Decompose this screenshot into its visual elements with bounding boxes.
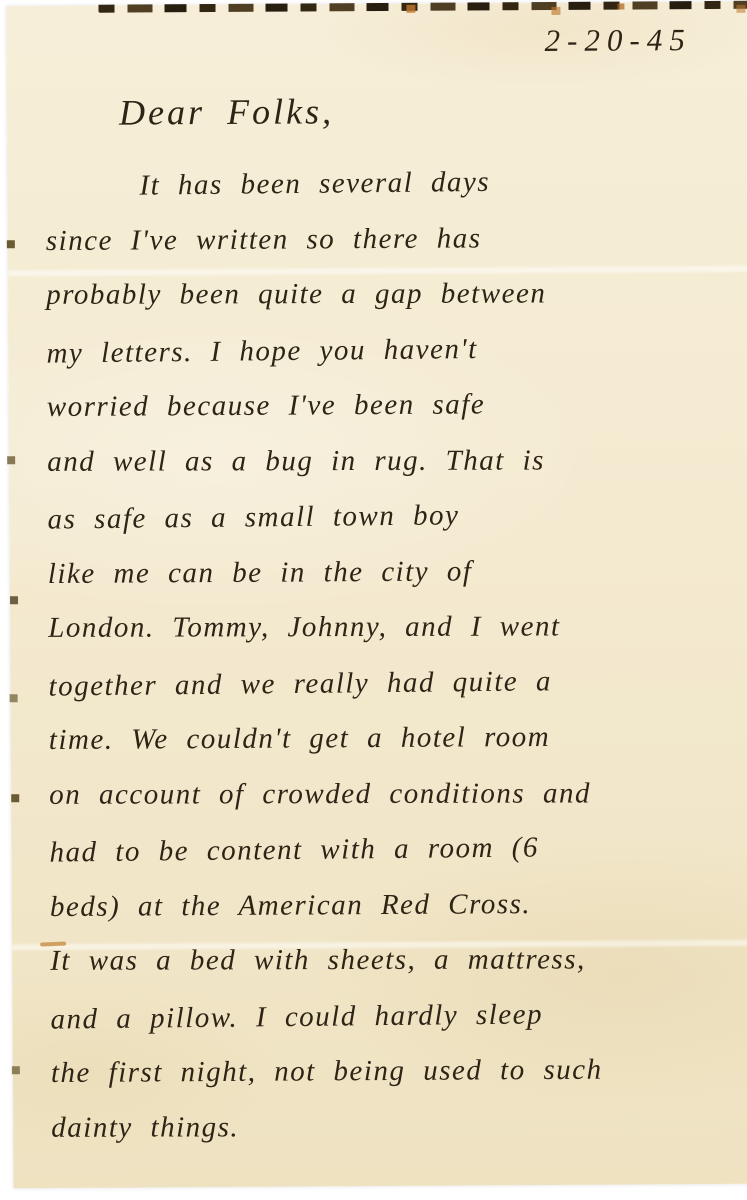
letter-line: dainty things. [51,1098,747,1155]
letter-line: the first night, not being used to such [51,1042,747,1102]
letter-line: since I've written so there has [46,209,747,269]
letter-body: It has been several days since I've writ… [45,154,747,1157]
letter-date: 2-20-45 [545,22,692,59]
letter-page: 2-20-45 Dear Folks, It has been several … [6,2,747,1189]
letter-line: worried because I've been safe [47,376,747,436]
letter-line: probably been quite a gap between [46,266,747,323]
letter-line: on account of crowded conditions and [49,765,747,822]
letter-line: together and we really had quite a [48,652,747,715]
letter-line: It has been several days [45,152,747,215]
letter-line: my letters. I hope you haven't [46,319,747,382]
letter-line: as safe as a small town boy [47,485,747,548]
scan-specks [6,6,10,10]
letter-line: and a pillow. I could hardly sleep [50,985,747,1048]
torn-paper-edge [98,1,747,13]
letter-line: like me can be in the city of [48,542,747,602]
letter-line: London. Tommy, Johnny, and I went [48,599,747,656]
letter-line: and well as a bug in rug. That is [47,432,747,489]
letter-line: It was a bed with sheets, a mattress, [50,932,747,989]
letter-line: had to be content with a room (6 [49,818,747,881]
letter-line: time. We couldn't get a hotel room [49,709,747,769]
salutation: Dear Folks, [119,90,334,133]
letter-line: beds) at the American Red Cross. [50,875,747,935]
scan-background: { "document": { "date": "2-20-45", "salu… [0,0,747,1200]
